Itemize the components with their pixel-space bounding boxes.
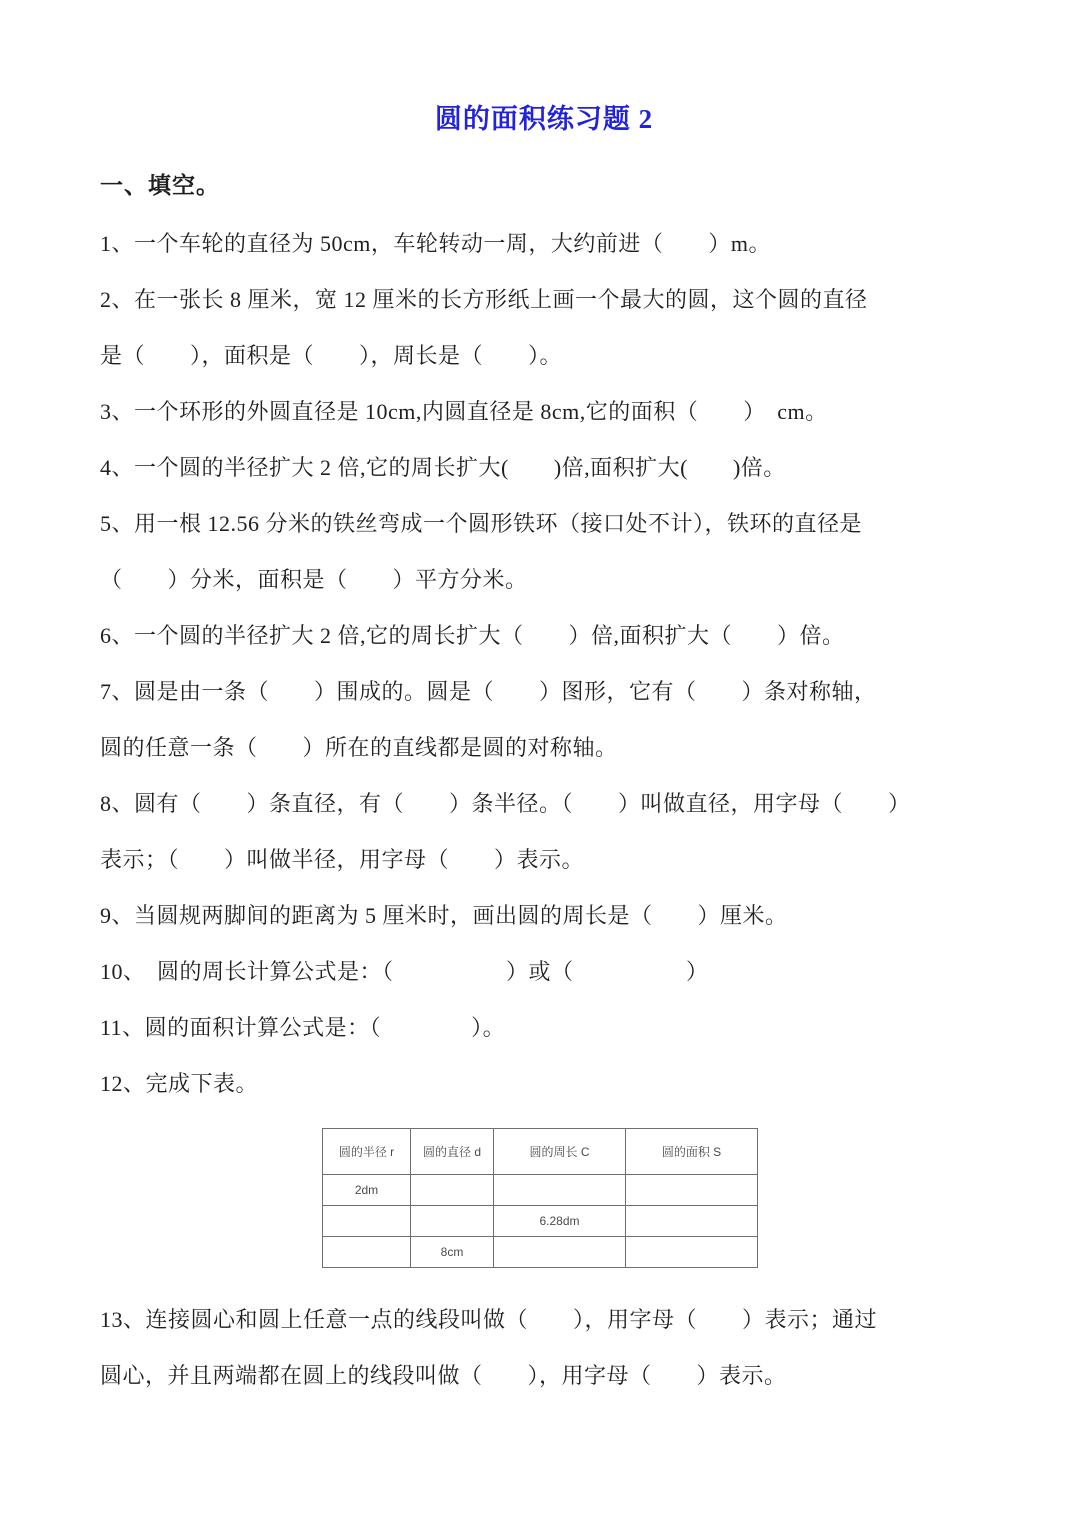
circle-fill-table: 圆的半径 r 圆的直径 d 圆的周长 C 圆的面积 S 2dm 6.28dm [322, 1128, 758, 1268]
question-10-line-1: 10、 圆的周长计算公式是：（ ）或（ ） [100, 944, 988, 1000]
question-2-line-1: 2、在一张长 8 厘米，宽 12 厘米的长方形纸上画一个最大的圆，这个圆的直径 [100, 272, 988, 328]
question-7-line-1: 7、圆是由一条（ ）围成的。圆是（ ）图形，它有（ ）条对称轴， [100, 664, 988, 720]
question-12-line-1: 12、完成下表。 [100, 1056, 988, 1112]
table-header-area: 圆的面积 S [626, 1129, 758, 1175]
question-13-line-1: 13、连接圆心和圆上任意一点的线段叫做（ ），用字母（ ）表示；通过 [100, 1292, 988, 1348]
table-row: 2dm [323, 1175, 758, 1206]
question-7-line-2: 圆的任意一条（ ）所在的直线都是圆的对称轴。 [100, 720, 988, 776]
table-header-radius: 圆的半径 r [323, 1129, 411, 1175]
page-title: 圆的面积练习题 2 [100, 102, 988, 136]
table-cell [411, 1175, 494, 1206]
question-5-line-2: （ ）分米，面积是（ ）平方分米。 [100, 552, 988, 608]
table-row: 8cm [323, 1237, 758, 1268]
table-cell [494, 1237, 626, 1268]
table-cell: 6.28dm [494, 1206, 626, 1237]
table-row: 6.28dm [323, 1206, 758, 1237]
question-4-line-1: 4、一个圆的半径扩大 2 倍,它的周长扩大( )倍,面积扩大( )倍。 [100, 440, 988, 496]
table-cell [323, 1206, 411, 1237]
table-header-circumference: 圆的周长 C [494, 1129, 626, 1175]
worksheet-page: 圆的面积练习题 2 一、填空。 1、一个车轮的直径为 50cm，车轮转动一周，大… [0, 0, 1080, 1527]
question-list: 1、一个车轮的直径为 50cm，车轮转动一周，大约前进（ ）m。 2、在一张长 … [100, 216, 988, 1112]
table-cell: 8cm [411, 1237, 494, 1268]
question-2-line-2: 是（ ），面积是（ ），周长是（ ）。 [100, 328, 988, 384]
table-cell [626, 1206, 758, 1237]
table-cell [494, 1175, 626, 1206]
question-3-line-1: 3、一个环形的外圆直径是 10cm,内圆直径是 8cm,它的面积（ ） cm。 [100, 384, 988, 440]
table-cell [626, 1175, 758, 1206]
question-8-line-2: 表示；（ ）叫做半径，用字母（ ）表示。 [100, 832, 988, 888]
table-header-diameter: 圆的直径 d [411, 1129, 494, 1175]
table-cell [626, 1237, 758, 1268]
question-6-line-1: 6、一个圆的半径扩大 2 倍,它的周长扩大（ ）倍,面积扩大（ ）倍。 [100, 608, 988, 664]
question-13-block: 13、连接圆心和圆上任意一点的线段叫做（ ），用字母（ ）表示；通过 圆心，并且… [100, 1292, 988, 1404]
table-cell [411, 1206, 494, 1237]
table-header-row: 圆的半径 r 圆的直径 d 圆的周长 C 圆的面积 S [323, 1129, 758, 1175]
question-11-line-1: 11、圆的面积计算公式是：（ ）。 [100, 1000, 988, 1056]
table-cell [323, 1237, 411, 1268]
question-5-line-1: 5、用一根 12.56 分米的铁丝弯成一个圆形铁环（接口处不计），铁环的直径是 [100, 496, 988, 552]
table-cell: 2dm [323, 1175, 411, 1206]
question-13-line-2: 圆心，并且两端都在圆上的线段叫做（ ），用字母（ ）表示。 [100, 1348, 988, 1404]
question-9-line-1: 9、当圆规两脚间的距离为 5 厘米时，画出圆的周长是（ ）厘米。 [100, 888, 988, 944]
section-heading: 一、填空。 [100, 170, 988, 202]
question-1-line-1: 1、一个车轮的直径为 50cm，车轮转动一周，大约前进（ ）m。 [100, 216, 988, 272]
question-8-line-1: 8、圆有（ ）条直径，有（ ）条半径。（ ）叫做直径，用字母（ ） [100, 776, 988, 832]
